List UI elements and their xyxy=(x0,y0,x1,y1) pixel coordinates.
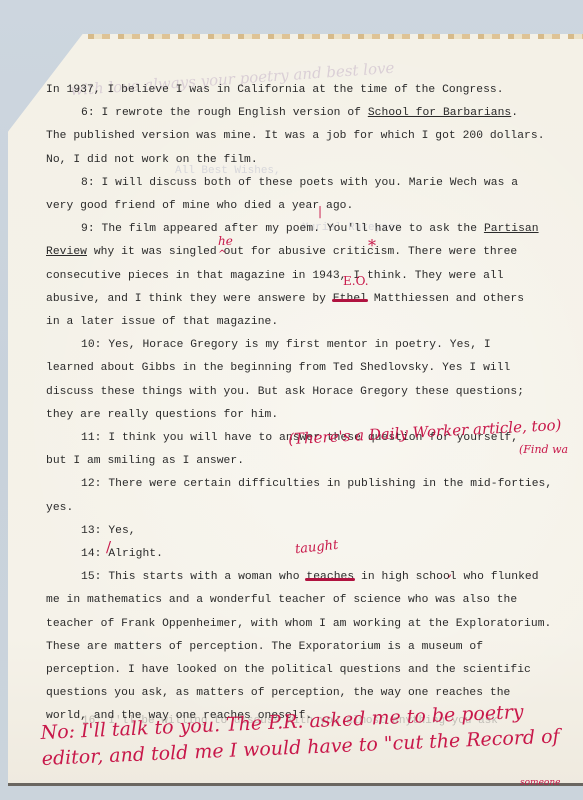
struck-word-ethel: Ethel xyxy=(333,293,367,305)
caret-mark: ^ xyxy=(218,249,226,260)
handwritten-find-note: (Find wa xyxy=(519,443,568,456)
paragraph-13: 13: Yes, xyxy=(46,520,566,543)
paragraph-9: 9: The film appeared after my poem. You'… xyxy=(46,218,566,241)
paragraph-10: 10: Yes, Horace Gregory is my first ment… xyxy=(46,334,566,357)
typed-body: In 1937, I believe I was in California a… xyxy=(46,79,566,729)
correction-mark-wech: | xyxy=(318,204,322,218)
rust-stain-top-edge xyxy=(88,34,583,39)
inserted-comma: , xyxy=(448,565,452,580)
paragraph-12: 12: There were certain difficulties in p… xyxy=(46,473,566,496)
handwritten-small-word: someone xyxy=(520,778,560,788)
correction-slash-alright: / xyxy=(106,538,111,556)
paragraph-15: 15: This starts with a woman who teaches… xyxy=(46,566,566,589)
paragraph-8: 8: I will discuss both of these poets wi… xyxy=(46,172,566,195)
paper-bottom-edge xyxy=(8,783,583,786)
book-title-underlined: School for Barbarians xyxy=(368,107,511,119)
handwritten-eo: E.O. xyxy=(343,274,369,288)
paragraph-intro: In 1937, I believe I was in California a… xyxy=(46,79,566,102)
asterisk-mark: * xyxy=(368,236,376,255)
struck-word-teaches: teaches xyxy=(306,571,354,583)
handwritten-insert-he: he xyxy=(218,234,233,248)
paragraph-6: 6: I rewrote the rough English version o… xyxy=(46,102,566,125)
magazine-title-underlined-2: Review xyxy=(46,246,87,258)
magazine-title-underlined: Partisan xyxy=(484,223,539,235)
